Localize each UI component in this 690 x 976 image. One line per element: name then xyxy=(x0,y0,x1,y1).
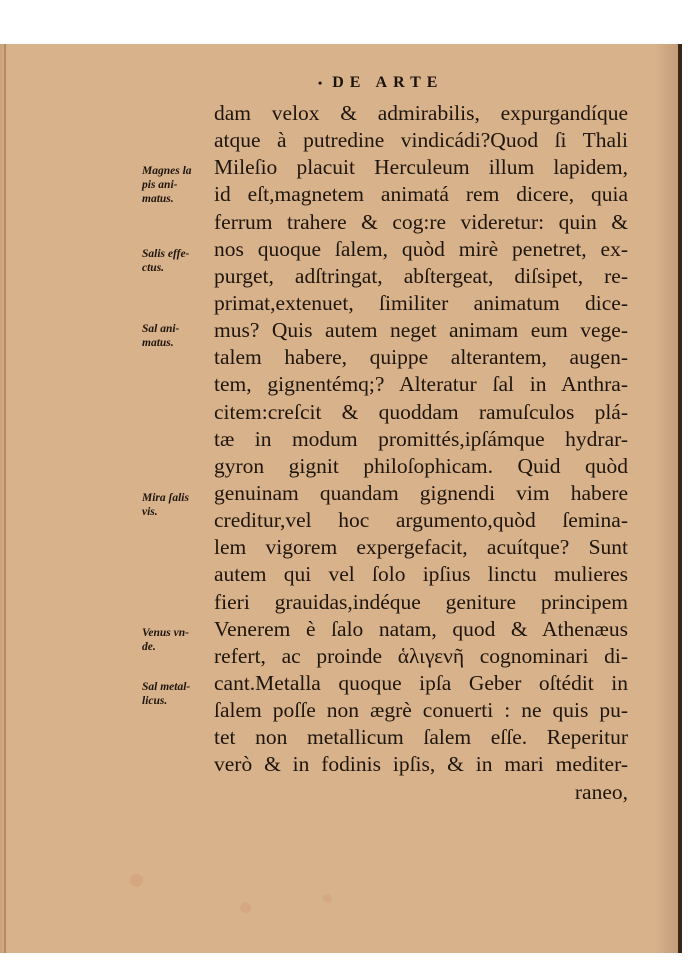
running-head-text: DE ARTE xyxy=(332,74,443,91)
text-line: fieri grauidas,indéque geniture principe… xyxy=(214,589,628,616)
text-line: Mileſio placuit Herculeum illum lapidem, xyxy=(214,154,628,181)
marginal-line: Magnes la xyxy=(142,164,222,178)
marginal-line: Sal ani- xyxy=(142,322,222,336)
marginal-line: Salis effe- xyxy=(142,247,222,261)
marginal-note-sal-animatus: Sal ani- matus. xyxy=(142,322,222,350)
text-line: verò & in fodinis ipſis, & in mari medit… xyxy=(214,751,628,778)
marginal-line: Venus vn- xyxy=(142,626,222,640)
text-line: Venerem è ſalo natam, quod & Athenæus xyxy=(214,616,628,643)
page-spine-edge xyxy=(678,44,682,953)
marginal-line: Sal metal- xyxy=(142,680,222,694)
text-line: tet non metallicum ſalem eſſe. Reperitur xyxy=(214,724,628,751)
marginal-line: de. xyxy=(142,640,222,654)
text-line: mus? Quis autem neget animam eum vege- xyxy=(214,317,628,344)
text-line: ſalem poſſe non ægrè conuerti : ne quis … xyxy=(214,697,628,724)
text-line-catchword: raneo, xyxy=(214,779,628,806)
marginal-line: vis. xyxy=(142,505,222,519)
marginal-line: Mira ſalis xyxy=(142,491,222,505)
header-ornament: • xyxy=(318,76,328,90)
marginal-line: matus. xyxy=(142,192,222,206)
marginal-note-magnes: Magnes la pis ani- matus. xyxy=(142,164,222,206)
text-line: creditur,vel hoc argumento,quòd ſemina- xyxy=(214,507,628,534)
page-left-edge xyxy=(4,44,6,953)
running-head: •DE ARTE xyxy=(318,74,443,92)
text-line: refert, ac proinde ἁλιγενῆ cognominari d… xyxy=(214,643,628,670)
marginal-line: licus. xyxy=(142,694,222,708)
text-line: genuinam quandam gignendi vim habere xyxy=(214,480,628,507)
text-line: talem habere, quippe alterantem, augen- xyxy=(214,344,628,371)
text-line: atque à putredine vindicádi?Quod ſi Thal… xyxy=(214,127,628,154)
text-line: autem qui vel ſolo ipſius linctu muliere… xyxy=(214,561,628,588)
marginal-line: matus. xyxy=(142,336,222,350)
text-line: lem vigorem expergefacit, acuítque? Sunt xyxy=(214,534,628,561)
text-line: primat,extenuet, ſimiliter animatum dice… xyxy=(214,290,628,317)
text-line: gyron gignit philoſophicam. Quid quòd xyxy=(214,453,628,480)
text-line: tem, gignentémq;? Alteratur ſal in Anthr… xyxy=(214,371,628,398)
text-line: citem:creſcit & quoddam ramuſculos plá- xyxy=(214,399,628,426)
marginal-note-mira-salis: Mira ſalis vis. xyxy=(142,491,222,519)
text-line: cant.Metalla quoque ipſa Geber oſtédit i… xyxy=(214,670,628,697)
marginal-note-venus: Venus vn- de. xyxy=(142,626,222,654)
text-line: nos quoque ſalem, quòd mirè penetret, ex… xyxy=(214,236,628,263)
marginal-note-sal-metallicus: Sal metal- licus. xyxy=(142,680,222,708)
body-text: dam velox & admirabilis, expurgandíque a… xyxy=(214,100,628,806)
marginal-line: pis ani- xyxy=(142,178,222,192)
marginal-line: ctus. xyxy=(142,261,222,275)
text-line: id eſt,magnetem animatá rem dicere, quia xyxy=(214,181,628,208)
marginal-note-salis-effectus: Salis effe- ctus. xyxy=(142,247,222,275)
text-line: purget, adſtringat, abſtergeat, diſsipet… xyxy=(214,263,628,290)
text-line: ferrum trahere & cog:re videretur: quin … xyxy=(214,209,628,236)
text-line: tæ in modum promittés,ipſámque hydrar- xyxy=(214,426,628,453)
text-line: dam velox & admirabilis, expurgandíque xyxy=(214,100,628,127)
book-page: •DE ARTE dam velox & admirabilis, expurg… xyxy=(0,44,682,953)
